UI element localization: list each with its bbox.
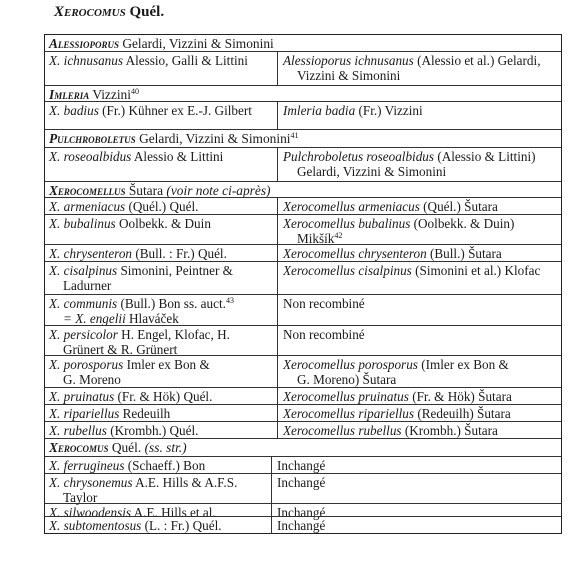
old-name-cell: X. badius (Fr.) Kühner ex E.-J. Gilbert bbox=[45, 102, 277, 130]
taxonomy-table: Alessioporus Gelardi, Vizzini & Simonini… bbox=[44, 34, 562, 534]
old-species-authority: (Bull.) Bon ss. auct. bbox=[120, 296, 226, 311]
table-row: X. badius (Fr.) Kühner ex E.-J. GilbertI… bbox=[45, 101, 561, 129]
new-species-name: Xerocomellus chrysenteron bbox=[283, 246, 427, 261]
section-header-row: Pulchroboletus Gelardi, Vizzini & Simoni… bbox=[45, 129, 561, 147]
new-name-cell: Xerocomellus cisalpinus (Simonini et al.… bbox=[277, 262, 561, 295]
old-name-cell: X. roseoalbidus Alessio & Littini bbox=[45, 148, 277, 182]
new-name-cell: Imleria badia (Fr.) Vizzini bbox=[277, 102, 561, 130]
genus-name: Xerocomus bbox=[49, 440, 108, 455]
new-species-authority: (Alessio & Littini) bbox=[437, 149, 535, 164]
old-species-authority: Oolbekk. & Duin bbox=[119, 216, 211, 231]
continuation-text: G. Moreno) Šutara bbox=[297, 372, 396, 387]
genus-authority: Vizzini bbox=[92, 87, 131, 102]
footnote-ref: 41 bbox=[291, 131, 299, 140]
new-name-cell: Xerocomellus rubellus (Krombh.) Šutara bbox=[277, 422, 561, 439]
genus-authority: Quél. bbox=[112, 440, 141, 455]
new-species-authority: Inchangé bbox=[277, 518, 325, 533]
old-species-name: X. persicolor bbox=[49, 327, 118, 342]
table-row: X. ichnusanus Alessio, Galli & LittiniAl… bbox=[45, 51, 561, 85]
continuation-text: Gelardi, Vizzini & Simonini bbox=[297, 164, 446, 179]
old-species-authority: Alessio & Littini bbox=[134, 149, 223, 164]
old-name-cell: X. communis (Bull.) Bon ss. auct.43= X. … bbox=[45, 295, 277, 326]
table-row: X. rubellus (Krombh.) Quél.Xerocomellus … bbox=[45, 421, 561, 438]
old-name-cell: X. cisalpinus Simonini, Peintner &Ladurn… bbox=[45, 262, 277, 295]
old-name-cell: X. ripariellus Redeuilh bbox=[45, 405, 277, 422]
old-species-authority: H. Engel, Klofac, H. bbox=[121, 327, 230, 342]
new-species-authority: (Bull.) Šutara bbox=[430, 246, 502, 261]
new-name-continuation: Gelardi, Vizzini & Simonini bbox=[283, 164, 561, 179]
old-species-authority: (L. : Fr.) Quél. bbox=[145, 518, 222, 533]
old-name-cell: X. armeniacus (Quél.) Quél. bbox=[45, 198, 277, 215]
section-header-cell: Alessioporus Gelardi, Vizzini & Simonini bbox=[45, 35, 561, 51]
table-row: X. ripariellus RedeuilhXerocomellus ripa… bbox=[45, 404, 561, 421]
new-species-name: Xerocomellus armeniacus bbox=[283, 199, 420, 214]
synonym-name: = X. engelii bbox=[63, 311, 126, 326]
old-species-authority: (Quél.) Quél. bbox=[128, 199, 198, 214]
old-name-cell: X. ichnusanus Alessio, Galli & Littini bbox=[45, 52, 277, 86]
section-header-row: Imleria Vizzini40 bbox=[45, 85, 561, 101]
old-name-continuation: Ladurner bbox=[49, 278, 277, 293]
table-row: X. subtomentosus (L. : Fr.) Quél.Inchang… bbox=[45, 516, 561, 533]
new-name-cell: Xerocomellus chrysenteron (Bull.) Šutara bbox=[277, 245, 561, 262]
old-name-cell: X. chrysenteron (Bull. : Fr.) Quél. bbox=[45, 245, 277, 262]
old-species-name: X. chrysonemus bbox=[49, 475, 133, 490]
genus-authority: Šutara bbox=[129, 183, 163, 198]
new-name-continuation: Vizzini & Simonini bbox=[283, 68, 561, 83]
old-species-authority: (Bull. : Fr.) Quél. bbox=[135, 246, 227, 261]
old-species-authority: Redeuilh bbox=[123, 406, 171, 421]
new-species-name: Xerocomellus porosporus bbox=[283, 357, 418, 372]
section-header-row: Xerocomellus Šutara (voir note ci-après) bbox=[45, 181, 561, 197]
genus-authority: Gelardi, Vizzini & Simonini bbox=[139, 131, 290, 146]
new-species-name: Xerocomellus bubalinus bbox=[283, 216, 410, 231]
table-row: X. armeniacus (Quél.) Quél.Xerocomellus … bbox=[45, 197, 561, 214]
new-species-authority: (Oolbekk. & Duin) bbox=[414, 216, 515, 231]
new-species-authority: (Alessio et al.) Gelardi, bbox=[417, 53, 540, 68]
new-species-name: Alessioporus ichnusanus bbox=[283, 53, 414, 68]
table-row: X. ferrugineus (Schaeff.) BonInchangé bbox=[45, 456, 561, 473]
old-species-name: X. communis bbox=[49, 296, 117, 311]
section-header-row: Alessioporus Gelardi, Vizzini & Simonini bbox=[45, 35, 561, 51]
new-species-name: Xerocomellus rubellus bbox=[283, 423, 402, 438]
new-name-continuation: G. Moreno) Šutara bbox=[283, 372, 561, 387]
old-species-authority: Imler ex Bon & bbox=[127, 357, 210, 372]
old-species-authority: (Fr. & Hök) Quél. bbox=[118, 389, 213, 404]
table-row: X. communis (Bull.) Bon ss. auct.43= X. … bbox=[45, 294, 561, 325]
new-name-cell: Inchangé bbox=[271, 517, 561, 534]
old-name-cell: X. porosporus Imler ex Bon &G. Moreno bbox=[45, 356, 277, 388]
old-name-cell: X. chrysonemus A.E. Hills & A.F.S.Taylor bbox=[45, 474, 271, 504]
new-species-name: Imleria badia bbox=[283, 103, 355, 118]
genus-authority: Gelardi, Vizzini & Simonini bbox=[122, 36, 273, 51]
old-species-name: X. ichnusanus bbox=[49, 53, 123, 68]
continuation-text: Vizzini & Simonini bbox=[297, 68, 400, 83]
new-species-authority: Non recombiné bbox=[283, 296, 365, 311]
new-name-cell: Xerocomellus porosporus (Imler ex Bon &G… bbox=[277, 356, 561, 388]
new-species-authority: Inchangé bbox=[277, 475, 325, 490]
old-species-name: X. ferrugineus bbox=[49, 458, 124, 473]
footnote-ref: 43 bbox=[226, 296, 234, 305]
page-title: Xerocomus Quél. bbox=[54, 4, 164, 21]
new-species-name: Pulchroboletus roseoalbidus bbox=[283, 149, 434, 164]
old-species-name: X. roseoalbidus bbox=[49, 149, 131, 164]
old-species-authority: (Fr.) Kühner ex E.-J. Gilbert bbox=[102, 103, 252, 118]
genus-note: (ss. str.) bbox=[145, 440, 187, 455]
new-name-cell: Xerocomellus pruinatus (Fr. & Hök) Šutar… bbox=[277, 388, 561, 405]
section-header-cell: Xerocomellus Šutara (voir note ci-après) bbox=[45, 182, 561, 198]
table-row: X. roseoalbidus Alessio & LittiniPulchro… bbox=[45, 147, 561, 181]
old-species-authority: Alessio, Galli & Littini bbox=[126, 53, 248, 68]
old-species-authority: (Krombh.) Quél. bbox=[110, 423, 198, 438]
new-species-authority: (Fr. & Hök) Šutara bbox=[412, 389, 512, 404]
title-author: Quél. bbox=[130, 4, 165, 20]
title-genus: Xerocomus bbox=[54, 4, 126, 20]
new-name-cell: Pulchroboletus roseoalbidus (Alessio & L… bbox=[277, 148, 561, 182]
table-row: X. pruinatus (Fr. & Hök) Quél.Xerocomell… bbox=[45, 387, 561, 404]
old-species-authority: A.E. Hills & A.F.S. bbox=[135, 475, 237, 490]
old-species-authority: (Schaeff.) Bon bbox=[128, 458, 205, 473]
old-name-continuation: = X. engelii Hlaváček bbox=[49, 311, 277, 326]
continuation-text: Ladurner bbox=[63, 278, 111, 293]
new-name-cell: Xerocomellus armeniacus (Quél.) Šutara bbox=[277, 198, 561, 215]
old-name-cell: X. ferrugineus (Schaeff.) Bon bbox=[45, 457, 271, 474]
new-name-cell: Alessioporus ichnusanus (Alessio et al.)… bbox=[277, 52, 561, 86]
genus-note: (voir note ci-après) bbox=[166, 183, 270, 198]
old-species-name: X. rubellus bbox=[49, 423, 107, 438]
table-row: X. silwoodensis A.E. Hills et al.Inchang… bbox=[45, 503, 561, 516]
new-species-authority: Inchangé bbox=[277, 458, 325, 473]
new-species-authority: (Redeuilh) Šutara bbox=[417, 406, 510, 421]
table-row: X. bubalinus Oolbekk. & DuinXerocomellus… bbox=[45, 214, 561, 244]
new-name-cell: Non recombiné bbox=[277, 326, 561, 356]
footnote-ref: 40 bbox=[131, 87, 139, 96]
new-species-authority: (Quél.) Šutara bbox=[423, 199, 498, 214]
new-species-authority: (Simonini et al.) Klofac bbox=[415, 263, 540, 278]
old-species-name: X. badius bbox=[49, 103, 99, 118]
old-species-name: X. porosporus bbox=[49, 357, 123, 372]
old-name-cell: X. bubalinus Oolbekk. & Duin bbox=[45, 215, 277, 245]
table-row: X. chrysonemus A.E. Hills & A.F.S.Taylor… bbox=[45, 473, 561, 503]
old-name-cell: X. pruinatus (Fr. & Hök) Quél. bbox=[45, 388, 277, 405]
table-row: X. chrysenteron (Bull. : Fr.) Quél.Xeroc… bbox=[45, 244, 561, 261]
new-name-cell: Xerocomellus bubalinus (Oolbekk. & Duin)… bbox=[277, 215, 561, 245]
old-name-cell: X. persicolor H. Engel, Klofac, H.Grüner… bbox=[45, 326, 277, 356]
continuation-text: G. Moreno bbox=[63, 372, 121, 387]
old-species-name: X. ripariellus bbox=[49, 406, 119, 421]
old-name-cell: X. rubellus (Krombh.) Quél. bbox=[45, 422, 277, 439]
table-row: X. cisalpinus Simonini, Peintner &Ladurn… bbox=[45, 261, 561, 294]
table-row: X. persicolor H. Engel, Klofac, H.Grüner… bbox=[45, 325, 561, 355]
old-species-name: X. pruinatus bbox=[49, 389, 114, 404]
new-species-authority: (Fr.) Vizzini bbox=[358, 103, 422, 118]
table-row: X. porosporus Imler ex Bon &G. MorenoXer… bbox=[45, 355, 561, 387]
old-species-name: X. subtomentosus bbox=[49, 518, 141, 533]
genus-name: Pulchroboletus bbox=[49, 131, 136, 146]
new-species-authority: (Imler ex Bon & bbox=[421, 357, 509, 372]
new-species-name: Xerocomellus ripariellus bbox=[283, 406, 414, 421]
new-name-cell: Inchangé bbox=[271, 457, 561, 474]
new-name-cell: Non recombiné bbox=[277, 295, 561, 326]
genus-name: Imleria bbox=[49, 87, 89, 102]
new-species-name: Xerocomellus pruinatus bbox=[283, 389, 409, 404]
genus-name: Alessioporus bbox=[49, 36, 119, 51]
section-header-cell: Pulchroboletus Gelardi, Vizzini & Simoni… bbox=[45, 130, 561, 146]
old-species-name: X. armeniacus bbox=[49, 199, 125, 214]
section-header-row: Xerocomus Quél. (ss. str.) bbox=[45, 438, 561, 456]
continuation-text: Hlaváček bbox=[129, 311, 179, 326]
old-species-name: X. bubalinus bbox=[49, 216, 116, 231]
genus-name: Xerocomellus bbox=[49, 183, 125, 198]
new-species-authority: Non recombiné bbox=[283, 327, 365, 342]
old-name-cell: X. subtomentosus (L. : Fr.) Quél. bbox=[45, 517, 271, 534]
old-species-authority: Simonini, Peintner & bbox=[120, 263, 232, 278]
old-species-name: X. chrysenteron bbox=[49, 246, 132, 261]
old-species-name: X. cisalpinus bbox=[49, 263, 117, 278]
section-header-cell: Imleria Vizzini40 bbox=[45, 86, 561, 102]
footnote-ref: 42 bbox=[334, 231, 342, 240]
new-species-authority: (Krombh.) Šutara bbox=[405, 423, 498, 438]
new-name-cell: Xerocomellus ripariellus (Redeuilh) Šuta… bbox=[277, 405, 561, 422]
new-species-name: Xerocomellus cisalpinus bbox=[283, 263, 412, 278]
new-name-cell: Inchangé bbox=[271, 474, 561, 504]
section-header-cell: Xerocomus Quél. (ss. str.) bbox=[45, 439, 561, 455]
old-name-continuation: G. Moreno bbox=[49, 372, 277, 387]
